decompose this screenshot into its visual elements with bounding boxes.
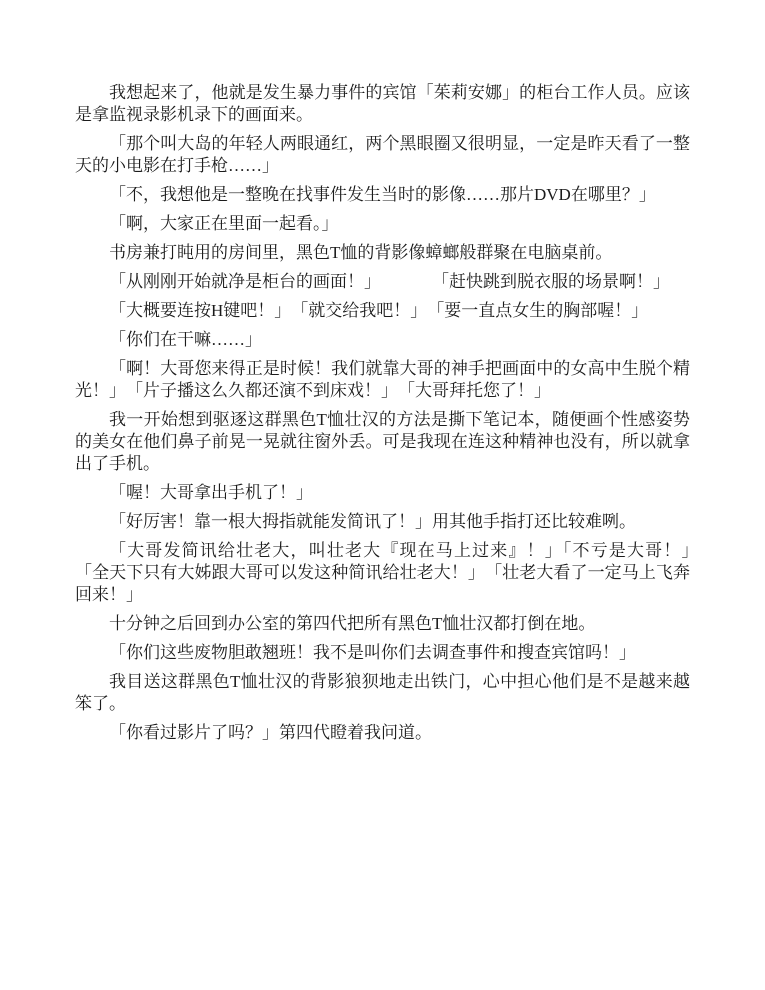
page-text: 我想起来了，他就是发生暴力事件的宾馆「茱莉安娜」的柜台工作人员。应该是拿监视录影… xyxy=(75,82,690,744)
paragraph: 「大哥发简讯给壮老大，叫壮老大『现在马上过来』！」「不亏是大哥！」 「全天下只有… xyxy=(75,540,690,606)
paragraph: 书房兼打盹用的房间里，黑色T恤的背影像蟑螂般群聚在电脑桌前。 xyxy=(75,242,690,264)
paragraph: 「你们在干嘛……」 xyxy=(75,329,690,351)
paragraph: 「从刚刚开始就净是柜台的画面！」 「赶快跳到脱衣服的场景啊！」 xyxy=(75,271,690,293)
paragraph: 「那个叫大岛的年轻人两眼通红，两个黑眼圈又很明显，一定是昨天看了一整天的小电影在… xyxy=(75,133,690,177)
paragraph: 「喔！大哥拿出手机了！」 xyxy=(75,482,690,504)
paragraph: 「啊！大哥您来得正是时候！我们就靠大哥的神手把画面中的女高中生脱个精光！」 「片… xyxy=(75,358,690,402)
paragraph: 十分钟之后回到办公室的第四代把所有黑色T恤壮汉都打倒在地。 xyxy=(75,613,690,635)
paragraph: 「好厉害！靠一根大拇指就能发简讯了！」用其他手指打还比较难咧。 xyxy=(75,511,690,533)
paragraph: 我一开始想到驱逐这群黑色T恤壮汉的方法是撕下笔记本，随便画个性感姿势的美女在他们… xyxy=(75,409,690,475)
book-page: 我想起来了，他就是发生暴力事件的宾馆「茱莉安娜」的柜台工作人员。应该是拿监视录影… xyxy=(0,0,765,990)
paragraph: 我目送这群黑色T恤壮汉的背影狼狈地走出铁门，心中担心他们是不是越来越笨了。 xyxy=(75,671,690,715)
paragraph: 「不，我想他是一整晚在找事件发生当时的影像……那片DVD在哪里？」 xyxy=(75,184,690,206)
paragraph: 「啊，大家正在里面一起看。」 xyxy=(75,213,690,235)
paragraph: 「你看过影片了吗？」第四代瞪着我问道。 xyxy=(75,722,690,744)
paragraph: 「大概要连按H键吧！」 「就交给我吧！」 「要一直点女生的胸部喔！」 xyxy=(75,300,690,322)
paragraph: 我想起来了，他就是发生暴力事件的宾馆「茱莉安娜」的柜台工作人员。应该是拿监视录影… xyxy=(75,82,690,126)
paragraph: 「你们这些废物胆敢翘班！我不是叫你们去调查事件和搜查宾馆吗！」 xyxy=(75,642,690,664)
